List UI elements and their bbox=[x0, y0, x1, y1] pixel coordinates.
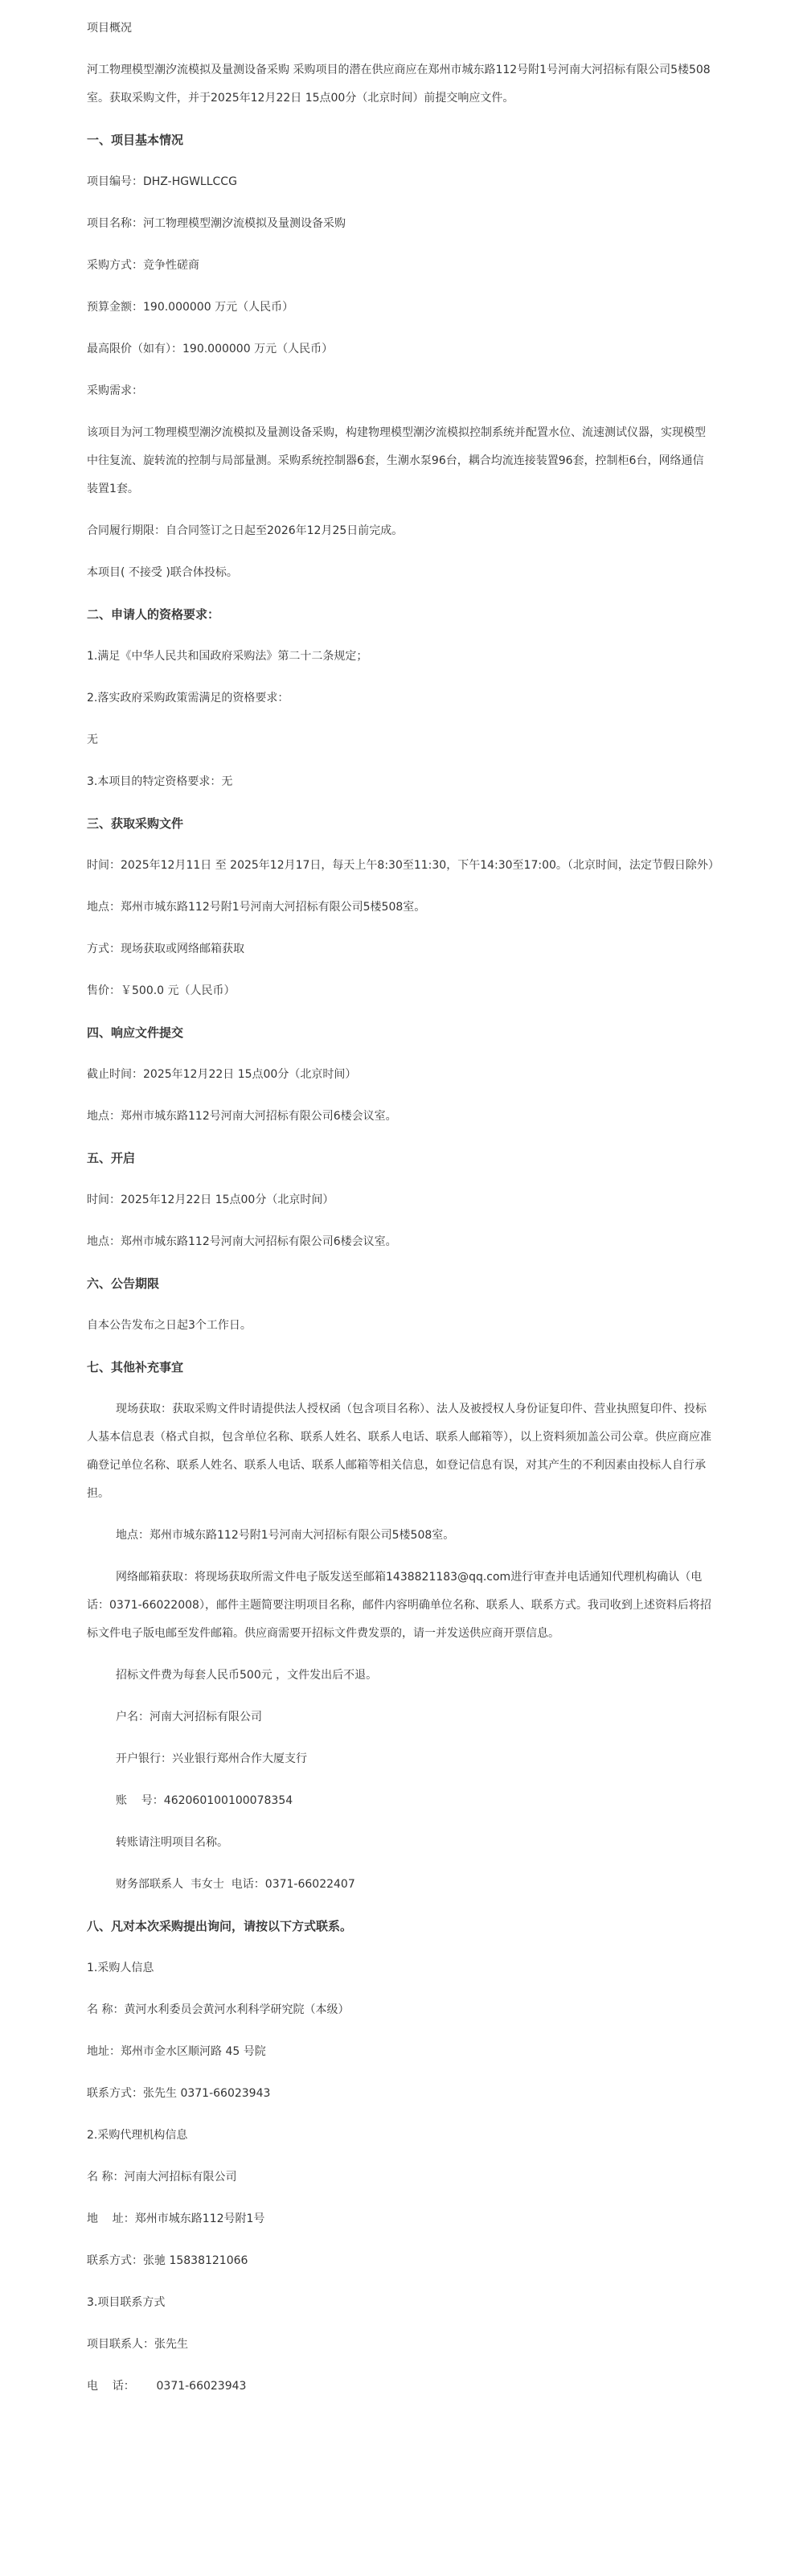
bank-account-number: 账 号：462060100100078354 bbox=[87, 1787, 715, 1815]
max-price: 最高限价（如有）：190.000000 万元（人民币） bbox=[87, 335, 715, 364]
obtain-place: 地点：郑州市城东路112号附1号河南大河招标有限公司5楼508室。 bbox=[87, 894, 715, 922]
bank-name: 开户银行：兴业银行郑州合作大厦支行 bbox=[87, 1745, 715, 1773]
bank-account-name: 户名：河南大河招标有限公司 bbox=[87, 1703, 715, 1732]
project-contact-phone: 电 话： 0371-66023943 bbox=[87, 2373, 715, 2401]
section-heading-submission: 四、响应文件提交 bbox=[87, 1019, 715, 1047]
purchaser-contact: 联系方式：张先生 0371-66023943 bbox=[87, 2080, 715, 2108]
document-price: 售价：￥500.0 元（人民币） bbox=[87, 977, 715, 1005]
qualification-item-1: 1.满足《中华人民共和国政府采购法》第二十二条规定； bbox=[87, 643, 715, 671]
qualification-item-2-value: 无 bbox=[87, 726, 715, 754]
agency-info-title: 2.采购代理机构信息 bbox=[87, 2122, 715, 2150]
onsite-obtain-text: 现场获取：获取采购文件时请提供法人授权函（包含项目名称）、法人及被授权人身份证复… bbox=[87, 1395, 715, 1508]
overview-paragraph: 河工物理模型潮汐流模拟及量测设备采购 采购项目的潜在供应商应在郑州市城东路112… bbox=[87, 56, 715, 113]
budget-amount: 预算金额：190.000000 万元（人民币） bbox=[87, 294, 715, 322]
section-heading-opening: 五、开启 bbox=[87, 1144, 715, 1173]
purchaser-address: 地址：郑州市金水区顺河路 45 号院 bbox=[87, 2038, 715, 2066]
transfer-note: 转账请注明项目名称。 bbox=[87, 1829, 715, 1857]
demand-text: 该项目为河工物理模型潮汐流模拟及量测设备采购，构建物理模型潮汐流模拟控制系统并配… bbox=[87, 419, 715, 503]
section-heading-notice-period: 六、公告期限 bbox=[87, 1270, 715, 1298]
section-heading-other-matters: 七、其他补充事宜 bbox=[87, 1354, 715, 1382]
demand-label: 采购需求： bbox=[87, 377, 715, 405]
consortium-note: 本项目( 不接受 )联合体投标。 bbox=[87, 559, 715, 587]
agency-contact: 联系方式：张驰 15838121066 bbox=[87, 2247, 715, 2275]
document-title: 项目概况 bbox=[87, 14, 715, 43]
project-contact-person: 项目联系人：张先生 bbox=[87, 2331, 715, 2359]
finance-contact: 财务部联系人 韦女士 电话：0371-66022407 bbox=[87, 1871, 715, 1899]
submission-deadline: 截止时间：2025年12月22日 15点00分（北京时间） bbox=[87, 1061, 715, 1089]
email-obtain-text: 网络邮箱获取：将现场获取所需文件电子版发送至邮箱1438821183@qq.co… bbox=[87, 1563, 715, 1648]
purchaser-info-title: 1.采购人信息 bbox=[87, 1954, 715, 1982]
onsite-obtain-place: 地点：郑州市城东路112号附1号河南大河招标有限公司5楼508室。 bbox=[87, 1522, 715, 1550]
submission-place: 地点：郑州市城东路112号河南大河招标有限公司6楼会议室。 bbox=[87, 1103, 715, 1131]
opening-place: 地点：郑州市城东路112号河南大河招标有限公司6楼会议室。 bbox=[87, 1228, 715, 1256]
project-number: 项目编号：DHZ-HGWLLCCG bbox=[87, 168, 715, 196]
section-heading-basic-info: 一、项目基本情况 bbox=[87, 126, 715, 154]
project-contact-title: 3.项目联系方式 bbox=[87, 2289, 715, 2317]
section-heading-qualifications: 二、申请人的资格要求： bbox=[87, 601, 715, 629]
section-heading-obtain-documents: 三、获取采购文件 bbox=[87, 810, 715, 838]
section-heading-contact: 八、凡对本次采购提出询问，请按以下方式联系。 bbox=[87, 1912, 715, 1941]
qualification-item-3: 3.本项目的特定资格要求：无 bbox=[87, 768, 715, 796]
document-fee: 招标文件费为每套人民币500元 ，文件发出后不退。 bbox=[87, 1662, 715, 1690]
purchaser-name: 名 称：黄河水利委员会黄河水利科学研究院（本级） bbox=[87, 1996, 715, 2024]
project-name: 项目名称：河工物理模型潮汐流模拟及量测设备采购 bbox=[87, 210, 715, 238]
obtain-method: 方式：现场获取或网络邮箱获取 bbox=[87, 935, 715, 963]
procurement-method: 采购方式：竞争性磋商 bbox=[87, 252, 715, 280]
announcement-document: 项目概况 河工物理模型潮汐流模拟及量测设备采购 采购项目的潜在供应商应在郑州市城… bbox=[0, 0, 795, 2401]
contract-period: 合同履行期限：自合同签订之日起至2026年12月25日前完成。 bbox=[87, 517, 715, 545]
agency-address: 地 址：郑州市城东路112号附1号 bbox=[87, 2205, 715, 2233]
opening-time: 时间：2025年12月22日 15点00分（北京时间） bbox=[87, 1186, 715, 1214]
agency-name: 名 称：河南大河招标有限公司 bbox=[87, 2163, 715, 2192]
qualification-item-2: 2.落实政府采购政策需满足的资格要求： bbox=[87, 684, 715, 713]
obtain-time: 时间：2025年12月11日 至 2025年12月17日，每天上午8:30至11… bbox=[87, 852, 715, 880]
notice-period-text: 自本公告发布之日起3个工作日。 bbox=[87, 1312, 715, 1340]
